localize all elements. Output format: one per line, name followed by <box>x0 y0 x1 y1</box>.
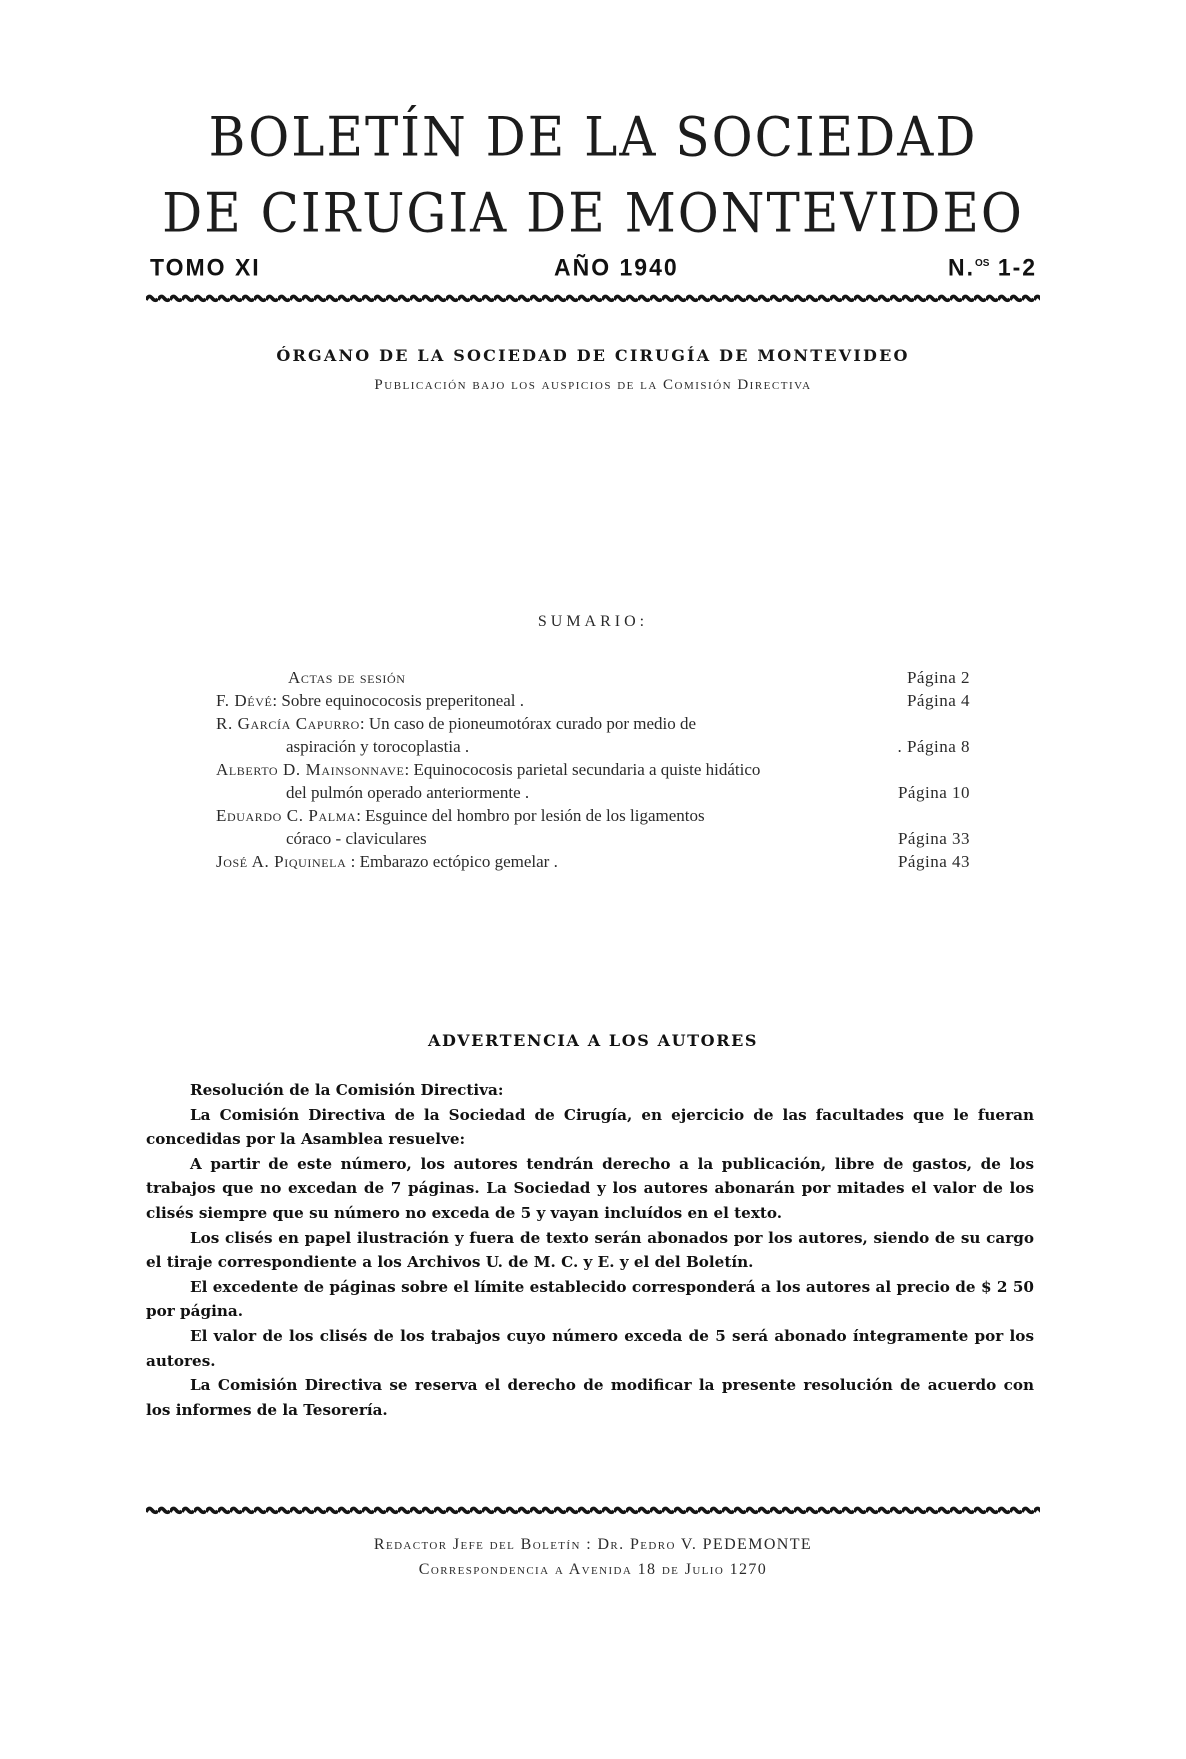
notice-paragraph: Los clisés en papel ilustración y fuera … <box>146 1226 1034 1275</box>
notice-title: ADVERTENCIA A LOS AUTORES <box>0 1031 1186 1050</box>
organ-subheading: Publicación bajo los auspicios de la Com… <box>0 377 1186 394</box>
organ-heading: ÓRGANO DE LA SOCIEDAD DE CIRUGÍA DE MONT… <box>0 346 1186 365</box>
toc-entry-title: : Un caso de pioneumotórax curado por me… <box>360 714 696 733</box>
notice-paragraph: A partir de este número, los autores ten… <box>146 1152 1034 1226</box>
toc-entry-author: R. García Capurro <box>216 714 360 733</box>
notice-paragraph: El valor de los clisés de los trabajos c… <box>146 1324 1034 1373</box>
toc-entry-page: Página 33 <box>898 827 970 850</box>
notice-paragraph: Resolución de la Comisión Directiva: <box>146 1078 1034 1103</box>
toc-entry-title: Actas de sesión <box>288 668 406 687</box>
toc-entry-title: : Sobre equinococosis preperitoneal . <box>272 691 524 710</box>
issue-number-value: 1-2 <box>998 253 1037 280</box>
volume-label: TOMO XI <box>150 253 261 281</box>
toc-entry-continuation: córaco - claviculares Página 33 <box>216 827 970 850</box>
toc-entry-continuation: aspiración y torocoplastia . . Página 8 <box>216 735 970 758</box>
journal-title-line-2: DE CIRUGIA DE MONTEVIDEO <box>0 182 1186 245</box>
notice-paragraph: El excedente de páginas sobre el límite … <box>146 1275 1034 1324</box>
toc-entry-page: . Página 8 <box>897 735 970 758</box>
year-label: AÑO 1940 <box>554 253 679 281</box>
toc-entry: José A. Piquinela : Embarazo ectópico ge… <box>216 850 970 873</box>
correspondence-address: Correspondencia a Avenida 18 de Julio 12… <box>0 1561 1186 1579</box>
summary-title: SUMARIO: <box>0 613 1186 631</box>
toc-entry: Alberto D. Mainsonnave: Equinococosis pa… <box>216 758 970 781</box>
notice-paragraph: La Comisión Directiva de la Sociedad de … <box>146 1103 1034 1152</box>
notice-paragraph: La Comisión Directiva se reserva el dere… <box>146 1373 1034 1422</box>
toc-entry: Actas de sesión Página 2 <box>216 666 970 689</box>
toc-entry-title: : Esguince del hombro por lesión de los … <box>356 806 704 825</box>
toc-entry: R. García Capurro: Un caso de pioneumotó… <box>216 712 970 735</box>
toc-entry: Eduardo C. Palma: Esguince del hombro po… <box>216 804 970 827</box>
notice-body: Resolución de la Comisión Directiva: La … <box>146 1078 1034 1422</box>
toc-entry-page: Página 4 <box>907 689 970 712</box>
toc-entry-page: Página 43 <box>898 850 970 873</box>
toc-entry-page: Página 10 <box>898 781 970 804</box>
wavy-rule-top <box>146 292 1040 306</box>
toc-entry-page: Página 2 <box>907 666 970 689</box>
toc-entry-author: Alberto D. Mainsonnave <box>216 760 404 779</box>
toc-entry-author: José A. Piquinela <box>216 852 346 871</box>
issue-number: N.OS 1-2 <box>948 253 1037 281</box>
wavy-rule-bottom <box>146 1504 1040 1518</box>
table-of-contents: Actas de sesión Página 2 F. Dévé: Sobre … <box>216 666 970 873</box>
toc-entry-author: Eduardo C. Palma <box>216 806 356 825</box>
toc-entry: F. Dévé: Sobre equinococosis preperitone… <box>216 689 970 712</box>
toc-entry-title-cont: córaco - claviculares <box>286 829 427 848</box>
issue-number-prefix: N. <box>948 253 975 280</box>
toc-entry-title-cont: aspiración y torocoplastia . <box>286 737 469 756</box>
toc-entry-author: F. Dévé <box>216 691 272 710</box>
journal-title-line-1: BOLETÍN DE LA SOCIEDAD <box>0 106 1186 169</box>
editor-credit: Redactor Jefe del Boletín : Dr. Pedro V.… <box>0 1536 1186 1554</box>
toc-entry-title-cont: del pulmón operado anteriormente . <box>286 783 529 802</box>
toc-entry-title: : Equinococosis parietal secundaria a qu… <box>404 760 760 779</box>
toc-entry-continuation: del pulmón operado anteriormente . Págin… <box>216 781 970 804</box>
issue-number-superscript: OS <box>975 258 989 270</box>
toc-entry-title: : Embarazo ectópico gemelar . <box>346 852 557 871</box>
